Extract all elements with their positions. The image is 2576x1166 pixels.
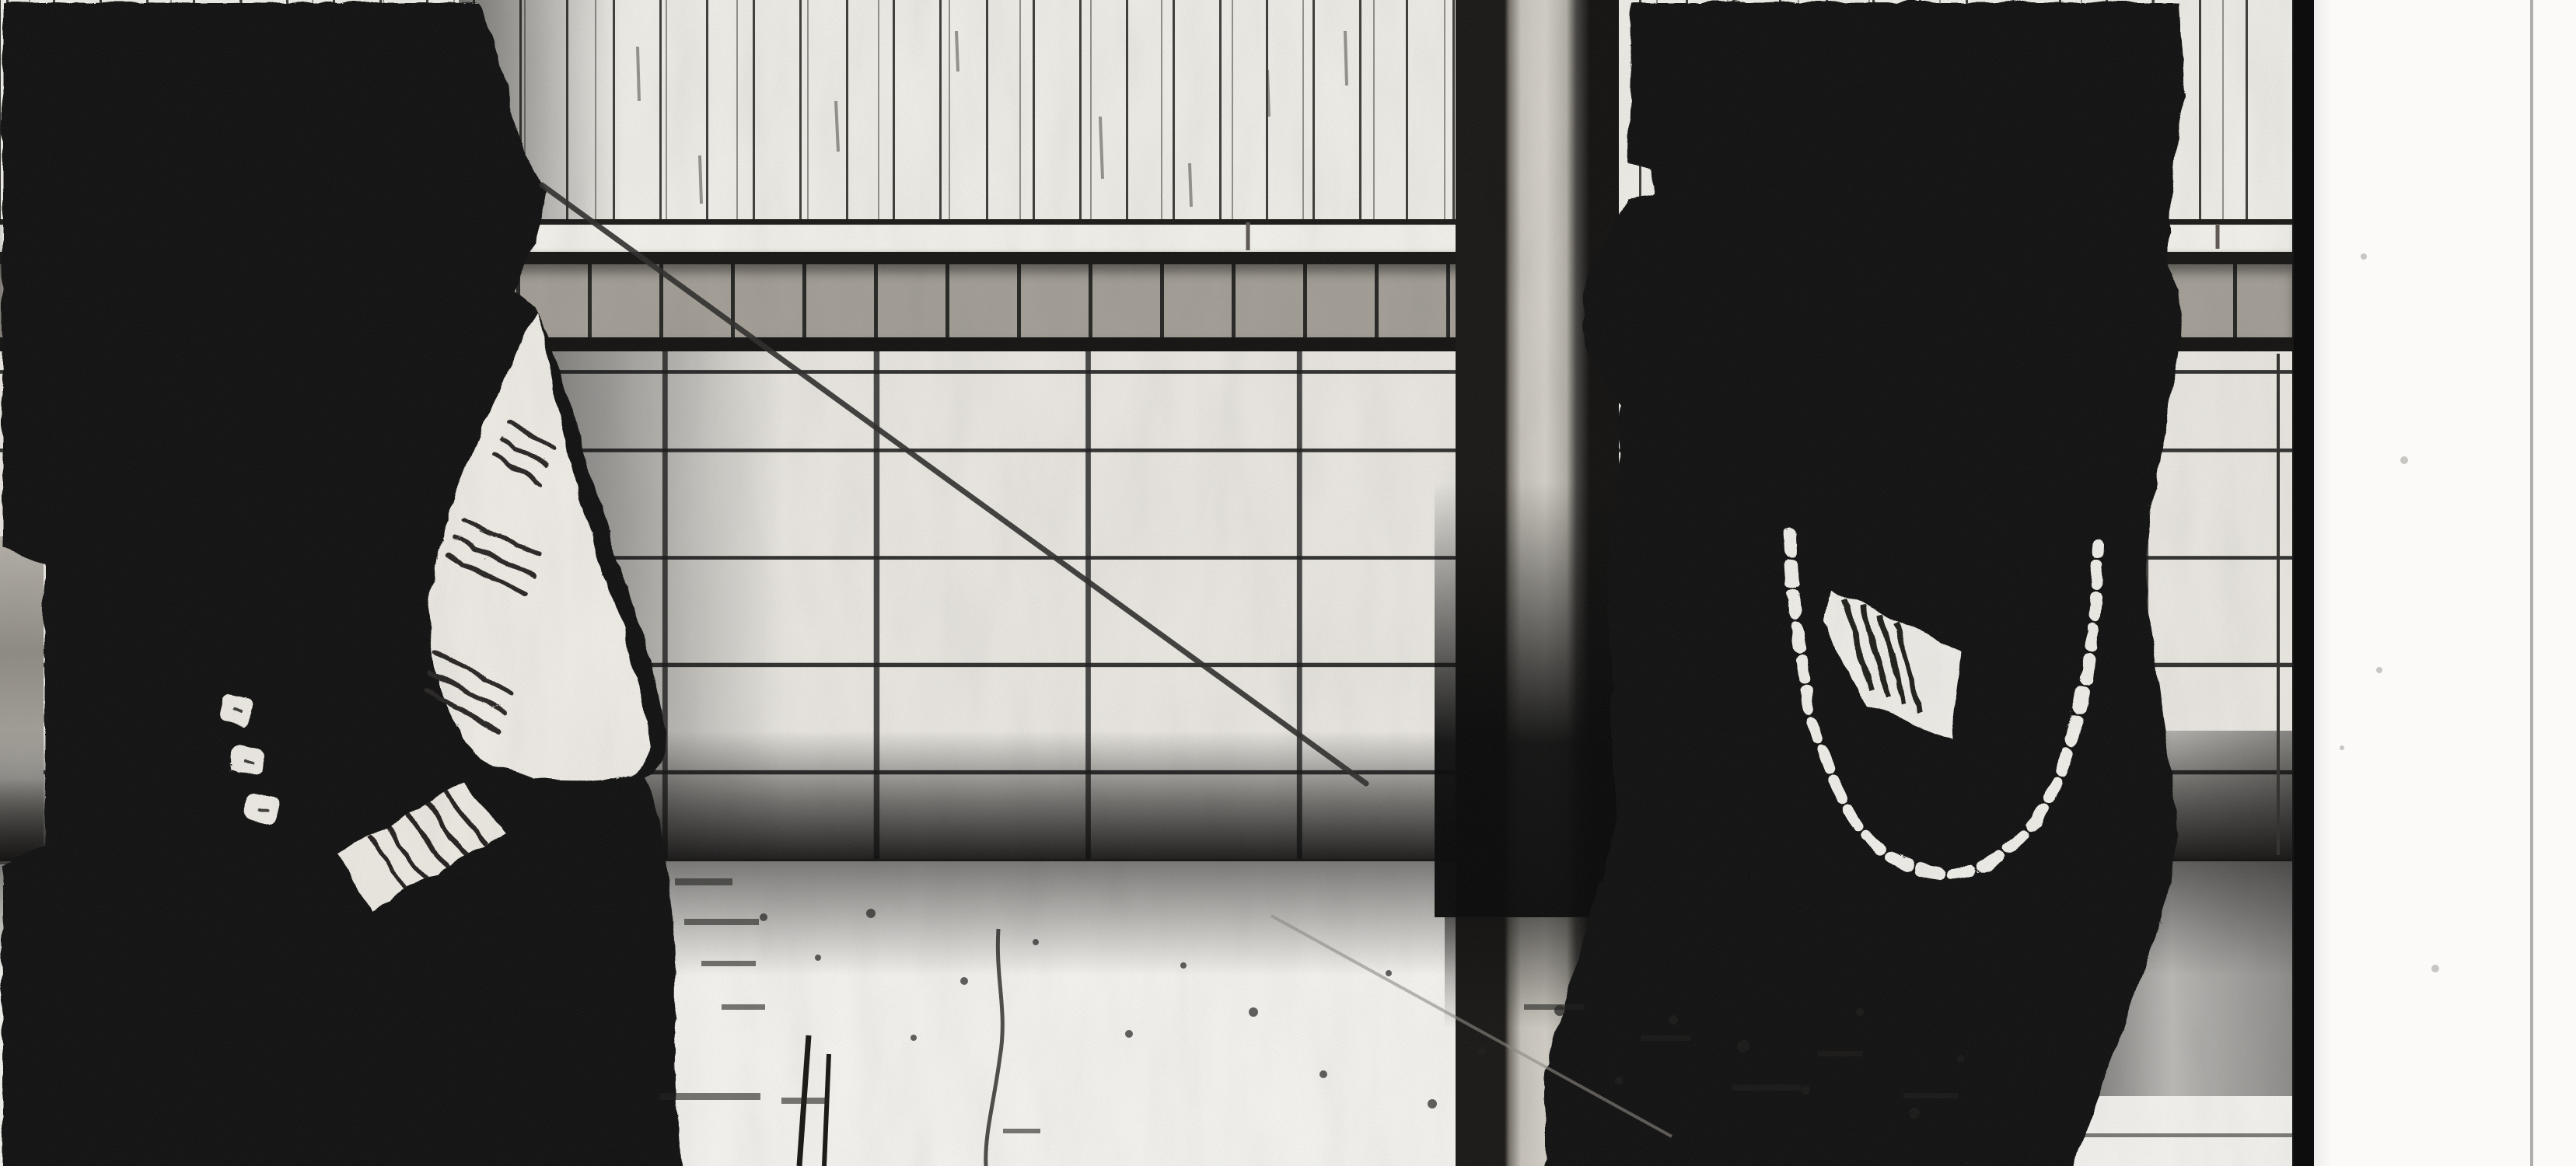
artwork-layer [0, 0, 2576, 1166]
scan-grain-overlay [0, 0, 2294, 1166]
manga-panel: A grainy black-and-white manga panel. Tw… [0, 0, 2576, 1166]
margin-specks [2340, 253, 2439, 972]
